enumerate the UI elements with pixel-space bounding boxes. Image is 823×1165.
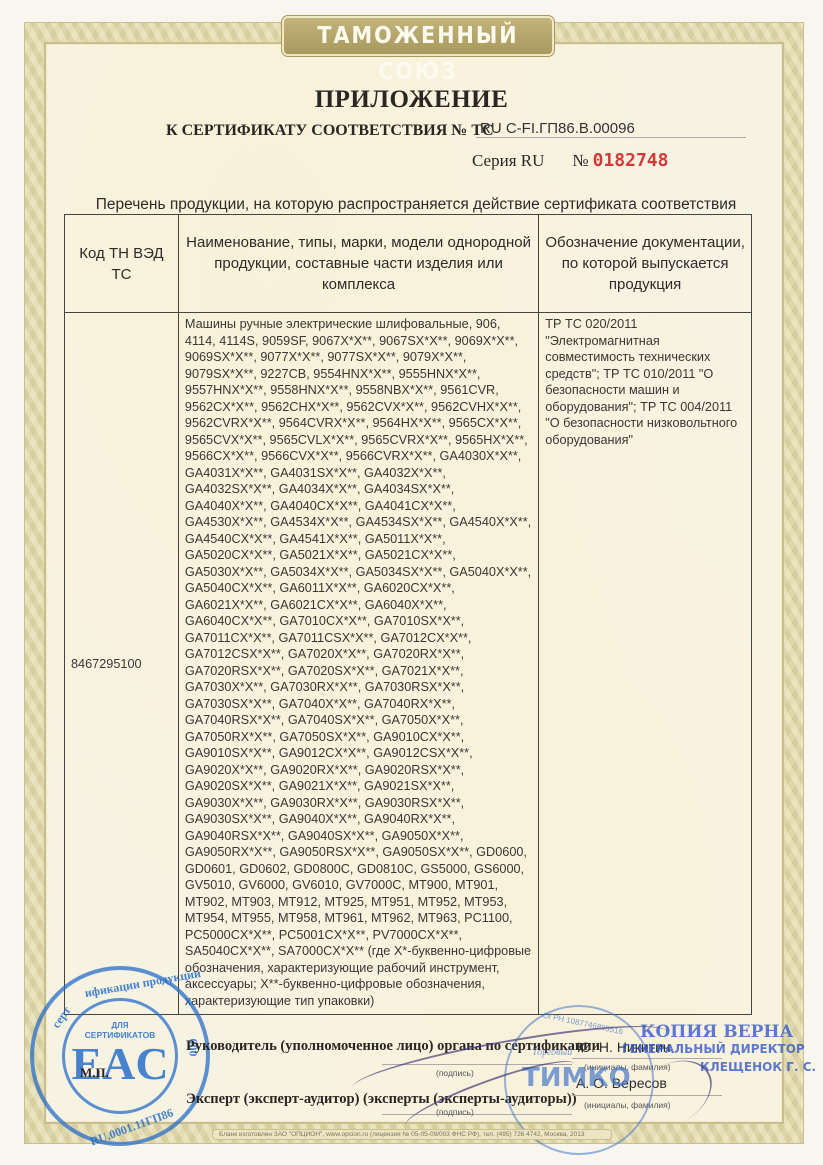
- certificate-number: RU C-FI.ГП86.В.00096: [476, 120, 746, 138]
- stamp-ring-text-top: ификации продукции: [84, 966, 202, 1001]
- column-header-products: Наименование, типы, марки, модели одноро…: [178, 215, 538, 313]
- number-label: №: [572, 151, 588, 170]
- column-header-code: Код ТН ВЭД ТС: [65, 215, 179, 313]
- eac-certification-stamp: серт ификации продукции 000 RU.0001.11ГП…: [30, 966, 210, 1146]
- certificate-label: К СЕРТИФИКАТУ СООТВЕТСТВИЯ № ТС: [166, 122, 494, 140]
- customs-union-banner: ТАМОЖЕННЫЙ СОЮЗ: [282, 16, 554, 56]
- page-title: ПРИЛОЖЕНИЕ: [0, 86, 823, 114]
- column-header-documentation: Обозначение документации, по которой вып…: [539, 215, 752, 313]
- products-table: Код ТН ВЭД ТС Наименование, типы, марки,…: [64, 214, 752, 1015]
- seal-place-label: М.П.: [80, 1065, 109, 1081]
- documentation-cell: ТР ТС 020/2011 "Электромагнитная совмест…: [539, 313, 752, 1015]
- stamp-top-text: ДЛЯ: [65, 1021, 175, 1030]
- stamp-inner-circle: ДЛЯ СЕРТИФИКАТОВ EAC: [62, 998, 178, 1114]
- table-header-row: Код ТН ВЭД ТС Наименование, типы, марки,…: [65, 215, 752, 313]
- blank-printer-footer: Бланк изготовлен ЗАО "ОПЦИОН", www.opcio…: [212, 1129, 612, 1140]
- table-row: 8467295100 Машины ручные электрические ш…: [65, 313, 752, 1015]
- series-label: Серия RU: [472, 151, 544, 170]
- products-list-subtitle: Перечень продукции, на которую распростр…: [66, 196, 766, 214]
- copy-certified-name: КЛЕЩЕНОК Г. С.: [700, 1060, 816, 1074]
- blank-number: 0182748: [593, 150, 669, 171]
- series-line: Серия RU№0182748: [472, 150, 668, 171]
- products-cell: Машины ручные электрические шлифовальные…: [178, 313, 538, 1015]
- hs-code-cell: 8467295100: [65, 313, 179, 1015]
